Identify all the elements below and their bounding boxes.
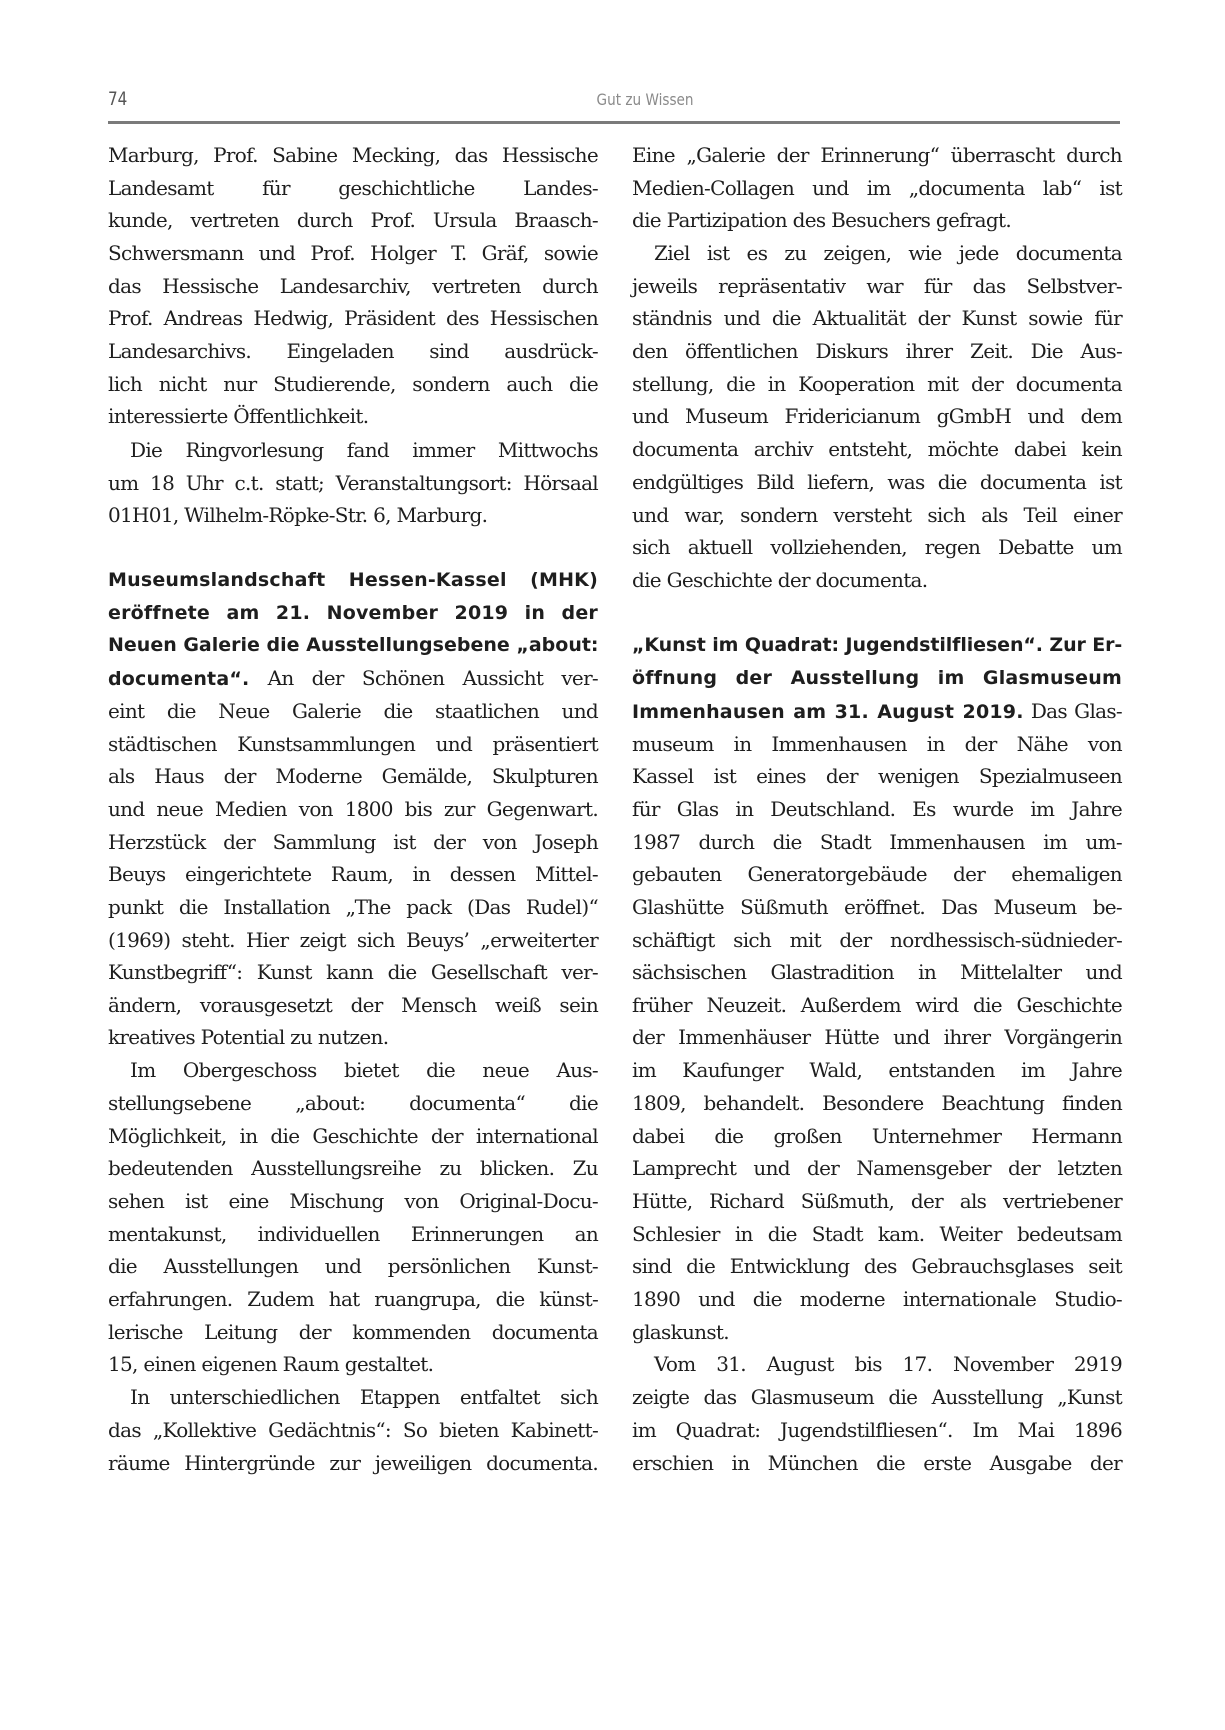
text-line: stellungsebene „about: documenta“ die [108,1087,598,1119]
text-line: sehen ist eine Mischung von Original-Doc… [108,1185,598,1217]
text-line: Die Ringvorlesung fand immer Mittwochs [130,434,598,466]
heading-line: Immenhausen am 31. August 2019. Das Glas… [632,695,1122,727]
text-line: ändern, vorausgesetzt der Mensch weiß se… [108,989,598,1021]
text-line: und Museum Fridericianum gGmbH und dem [632,400,1122,432]
text-line: den öffentlichen Diskurs ihrer Zeit. Die… [632,335,1122,367]
text-line: 15, einen eigenen Raum gestaltet. [108,1348,598,1380]
text-line: museum in Immenhausen in der Nähe von [632,728,1122,760]
bold-lead-in: documenta“. [108,668,249,690]
text-line: Im Obergeschoss bietet die neue Aus- [130,1054,598,1086]
text-line: Kunstbegriff“: Kunst kann die Gesellscha… [108,956,598,988]
text-line: punkt die Installation „The pack (Das Ru… [108,891,598,923]
text-line: lerische Leitung der kommenden documenta [108,1316,598,1348]
text-line: Medien-Collagen und im „documenta lab“ i… [632,172,1122,204]
text-line: Vom 31. August bis 17. November 2919 [654,1348,1122,1380]
text-line: lich nicht nur Studierende, sondern auch… [108,368,598,400]
text-line: und war, sondern versteht sich als Teil … [632,499,1122,531]
text-line: Eine „Galerie der Erinnerung“ überrascht… [632,139,1122,171]
text-line: zeigte das Glasmuseum die Ausstellung „K… [632,1381,1122,1413]
text-line: das Hessische Landesarchiv, vertreten du… [108,270,598,302]
text-line: kreatives Potential zu nutzen. [108,1021,598,1053]
text-line: der Immenhäuser Hütte und ihrer Vorgänge… [632,1021,1122,1053]
text-line: Ziel ist es zu zeigen, wie jede document… [654,237,1122,269]
running-title: Gut zu Wissen [0,90,1225,109]
text-line: erfahrungen. Zudem hat ruangrupa, die kü… [108,1283,598,1315]
text-line: Prof. Andreas Hedwig, Präsident des Hess… [108,302,598,334]
text-line: mentakunst, individuellen Erinnerungen a… [108,1218,598,1250]
text-line: jeweils repräsentativ war für das Selbst… [632,270,1122,302]
heading-line: eröffnete am 21. November 2019 in der [108,597,598,629]
text-line: bedeutenden Ausstellungsreihe zu blicken… [108,1152,598,1184]
text-line: und neue Medien von 1800 bis zur Gegenwa… [108,793,598,825]
text-line: gebauten Generatorgebäude der ehemaligen [632,858,1122,890]
text-line: interessierte Öffentlichkeit. [108,400,598,432]
text-line: um 18 Uhr c.t. statt; Veranstaltungsort:… [108,467,598,499]
header-rule [108,121,1120,124]
heading-line: Neuen Galerie die Ausstellungsebene „abo… [108,629,598,661]
text-line: im Quadrat: Jugendstilfliesen“. Im Mai 1… [632,1414,1122,1446]
text-line: eint die Neue Galerie die staatlichen un… [108,695,598,727]
text-line: 1890 und die moderne internationale Stud… [632,1283,1122,1315]
text-line: die Partizipation des Besuchers gefragt. [632,204,1122,236]
text-line: das „Kollektive Gedächtnis“: So bieten K… [108,1414,598,1446]
text-line: sind die Entwicklung des Gebrauchsglases… [632,1250,1122,1282]
text-line: Schwersmann und Prof. Holger T. Gräf, so… [108,237,598,269]
heading-line: öffnung der Ausstellung im Glasmuseum [632,662,1122,694]
text-line: für Glas in Deutschland. Es wurde im Jah… [632,793,1122,825]
text-line: kunde, vertreten durch Prof. Ursula Braa… [108,204,598,236]
text-line: die Ausstellungen und persönlichen Kunst… [108,1250,598,1282]
text-line: Beuys eingerichtete Raum, in dessen Mitt… [108,858,598,890]
text-line: Lamprecht und der Namensgeber der letzte… [632,1152,1122,1184]
text-line: documenta archiv entsteht, möchte dabei … [632,433,1122,465]
text-line: Herzstück der Sammlung ist der von Josep… [108,826,598,858]
text-line: Landesamt für geschichtliche Landes- [108,172,598,204]
text-line: sich aktuell vollziehenden, regen Debatt… [632,531,1122,563]
text-line: Hütte, Richard Süßmuth, der als vertrieb… [632,1185,1122,1217]
text-line: Schlesier in die Stadt kam. Weiter bedeu… [632,1218,1122,1250]
heading-line: Museumslandschaft Hessen-Kassel (MHK) [108,564,598,596]
heading-line: documenta“. An der Schönen Aussicht ver- [108,662,598,694]
text-line: stellung, die in Kooperation mit der doc… [632,368,1122,400]
text-line: Landesarchivs. Eingeladen sind ausdrück- [108,335,598,367]
text-line: 1987 durch die Stadt Immenhausen im um- [632,826,1122,858]
text-line: Kassel ist eines der wenigen Spezialmuse… [632,760,1122,792]
text-line: ständnis und die Aktualität der Kunst so… [632,302,1122,334]
bold-lead-in: Immenhausen am 31. August 2019. [632,701,1024,723]
text-line: als Haus der Moderne Gemälde, Skulpturen [108,760,598,792]
text-line: glaskunst. [632,1316,1122,1348]
running-title-text: Gut zu Wissen [597,90,694,109]
text-line: räume Hintergründe zur jeweiligen docume… [108,1447,598,1479]
text-line: Möglichkeit, in die Geschichte der inter… [108,1120,598,1152]
heading-line: „Kunst im Quadrat: Jugendstilfliesen“. Z… [632,629,1122,661]
text-line: städtischen Kunstsammlungen und präsenti… [108,728,598,760]
text-line: Glashütte Süßmuth eröffnet. Das Museum b… [632,891,1122,923]
text-line: sächsischen Glastradition in Mittelalter… [632,956,1122,988]
text-line: im Kaufunger Wald, entstanden im Jahre [632,1054,1122,1086]
text-line: dabei die großen Unternehmer Hermann [632,1120,1122,1152]
text-line: die Geschichte der documenta. [632,564,1122,596]
line-text: Das Glas- [1024,699,1122,723]
text-line: (1969) steht. Hier zeigt sich Beuys’ „er… [108,924,598,956]
text-line: erschien in München die erste Ausgabe de… [632,1447,1122,1479]
text-line: schäftigt sich mit der nordhessisch-südn… [632,924,1122,956]
text-line: früher Neuzeit. Außerdem wird die Geschi… [632,989,1122,1021]
text-line: 1809, behandelt. Besondere Beachtung fin… [632,1087,1122,1119]
text-line: 01H01, Wilhelm-Röpke-Str. 6, Marburg. [108,499,598,531]
text-line: endgültiges Bild liefern, was die docume… [632,466,1122,498]
text-line: Marburg, Prof. Sabine Mecking, das Hessi… [108,139,598,171]
line-text: An der Schönen Aussicht ver- [249,666,598,690]
text-line: In unterschiedlichen Etappen entfaltet s… [130,1381,598,1413]
